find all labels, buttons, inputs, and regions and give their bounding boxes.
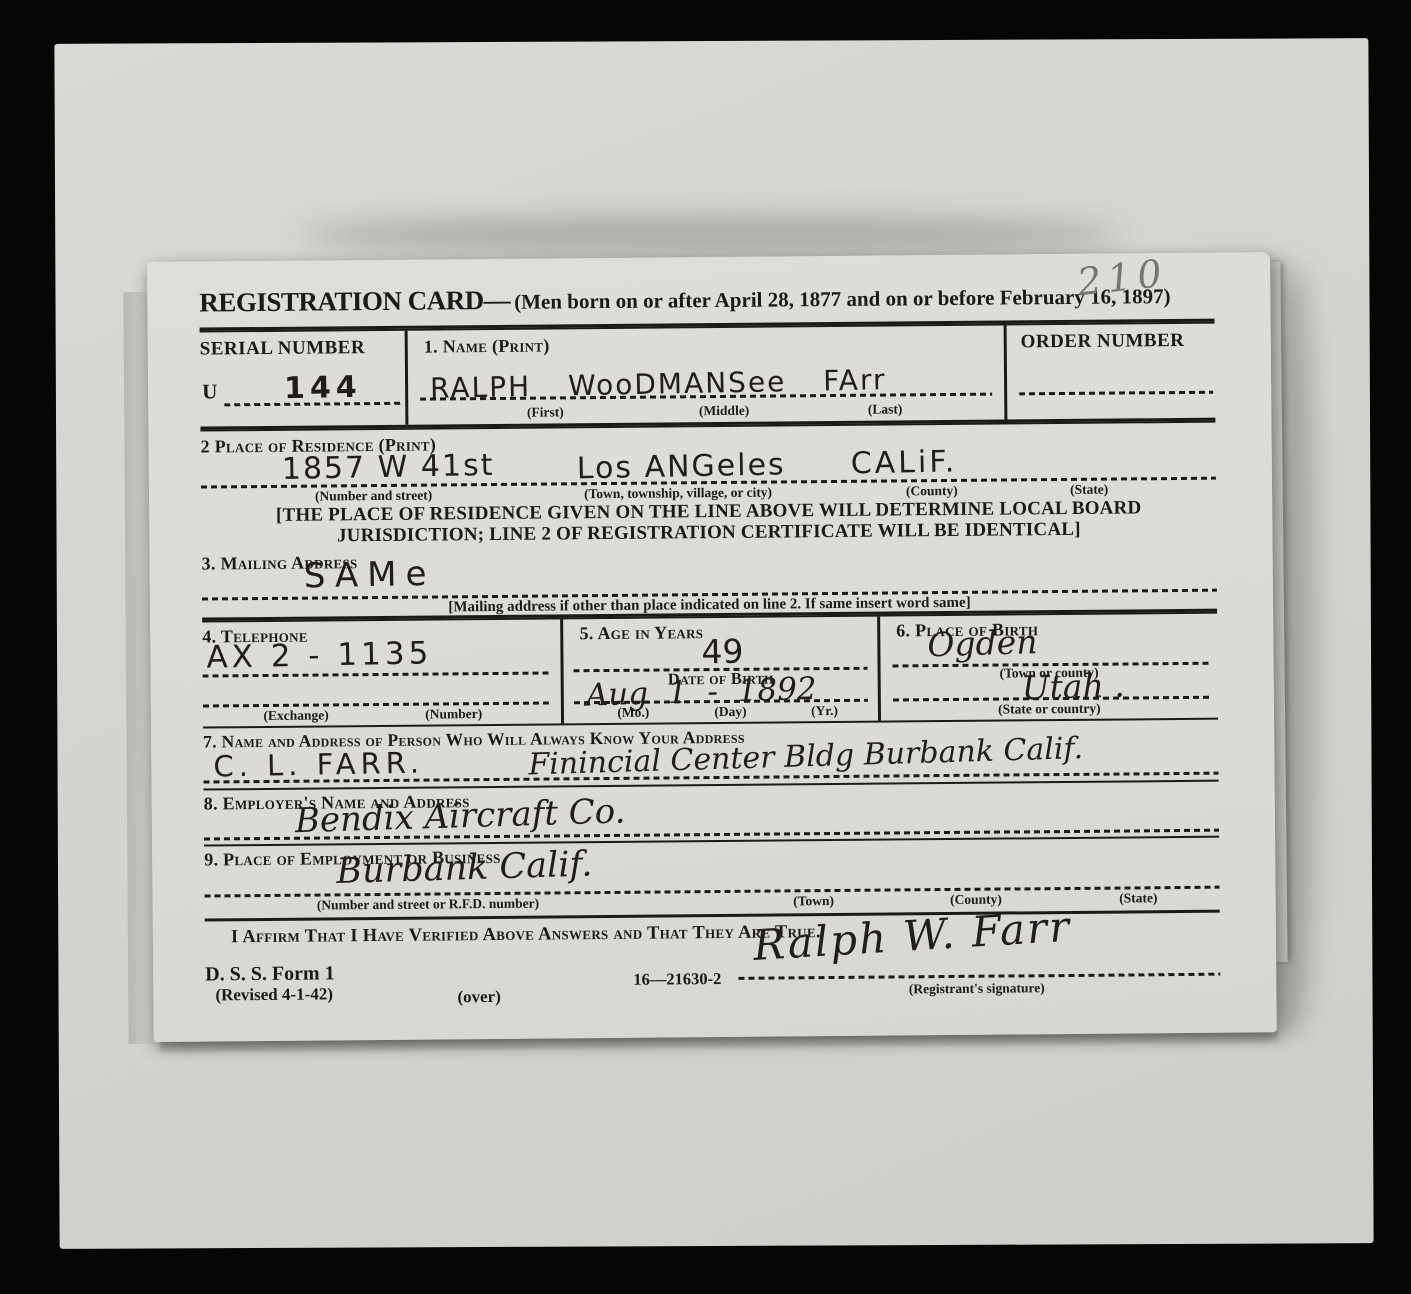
over-note: (over) [457, 987, 501, 1007]
employment-sub-street: (Number and street or R.F.D. number) [317, 896, 539, 914]
residence-street: 1857 W 41st [282, 448, 495, 487]
name-sub-first: (First) [527, 404, 564, 420]
name-cell: 1. Name (Print) RALPH WooDMANSee FArr (F… [405, 326, 1008, 425]
telephone-sub-exchange: (Exchange) [263, 707, 328, 724]
order-number-label: ORDER NUMBER [1006, 324, 1214, 354]
row-telephone-age-birth: 4. Telephone AX 2 - 1135 (Exchange) (Num… [202, 614, 1218, 727]
name-label: 1. Name (Print) [408, 326, 1004, 358]
serial-prefix: U [202, 379, 217, 404]
serial-value: 144 [284, 370, 362, 406]
serial-number-label: SERIAL NUMBER [200, 331, 405, 361]
section-mailing: 3. Mailing Address SAMe [Mailing address… [202, 543, 1218, 618]
print-code: 16—21630-2 [633, 969, 721, 990]
card-title: REGISTRATION CARD— [199, 285, 510, 318]
registration-card: REGISTRATION CARD— (Men born on or after… [147, 252, 1277, 1042]
card-header: REGISTRATION CARD— (Men born on or after… [199, 253, 1215, 328]
shadow-smudge-top [300, 218, 1120, 252]
section-employer: 8. Employer's Name and Address Bendix Ai… [204, 782, 1219, 845]
card-subtitle: (Men born on or after April 28, 1877 and… [514, 284, 1171, 314]
name-sub-middle: (Middle) [699, 403, 749, 419]
residence-state: CALiF. [850, 444, 957, 481]
card-footer: I Affirm That I Have Verified Above Answ… [205, 913, 1221, 1042]
residence-sub-county: (County) [906, 483, 958, 499]
telephone-write-line-2 [203, 702, 549, 708]
dob-sub-day: (Day) [714, 704, 746, 720]
order-number-cell: ORDER NUMBER [1006, 324, 1215, 420]
telephone-sub-number: (Number) [425, 706, 482, 722]
birth-cell: 6. Place of Birth Ogden (Town or county)… [877, 614, 1218, 721]
serial-number-cell: SERIAL NUMBER U 144 [200, 331, 406, 427]
residence-sub-street: (Number and street) [315, 488, 432, 505]
signature-write-line [738, 973, 1220, 980]
birth-state-sub: (State or country) [998, 701, 1101, 718]
residence-sub-town: (Town, township, village, or city) [584, 485, 772, 503]
scanned-photo: { "colors":{"ink":"#1c1a17","paper":"#d3… [0, 0, 1411, 1294]
employment-sub-state: (State) [1119, 890, 1157, 906]
age-value: 49 [701, 632, 744, 672]
form-name: D. S. S. Form 1 [205, 962, 335, 986]
name-sub-last: (Last) [868, 401, 903, 417]
telephone-value: AX 2 - 1135 [206, 635, 432, 675]
telephone-cell: 4. Telephone AX 2 - 1135 (Exchange) (Num… [202, 619, 561, 726]
section-contact: 7. Name and Address of Person Who Will A… [203, 720, 1218, 789]
birth-town: Ogden [927, 622, 1038, 664]
row-serial-name-order: SERIAL NUMBER U 144 1. Name (Print) RALP… [200, 324, 1216, 427]
mailing-value: SAMe [303, 554, 435, 597]
contact-name: C. L. FARR. [213, 746, 424, 784]
signature-label: (Registrant's signature) [909, 980, 1045, 997]
order-write-line [1019, 391, 1213, 396]
residence-sub-state: (State) [1070, 482, 1108, 498]
dob-sub-year: (Yr.) [811, 703, 838, 719]
dob-sub-month: (Mo.) [617, 705, 649, 721]
employment-sub-town: (Town) [793, 893, 834, 909]
affirmation-text: I Affirm That I Have Verified Above Answ… [231, 922, 821, 948]
form-revision: (Revised 4-1-42) [215, 984, 333, 1005]
age-cell: 5. Age in Years 49 Date of Birth Aug 1 -… [560, 617, 878, 724]
section-residence: 2 Place of Residence (Print) 1857 W 41st… [200, 423, 1216, 506]
employment-value: Burbank Calif. [336, 844, 593, 892]
